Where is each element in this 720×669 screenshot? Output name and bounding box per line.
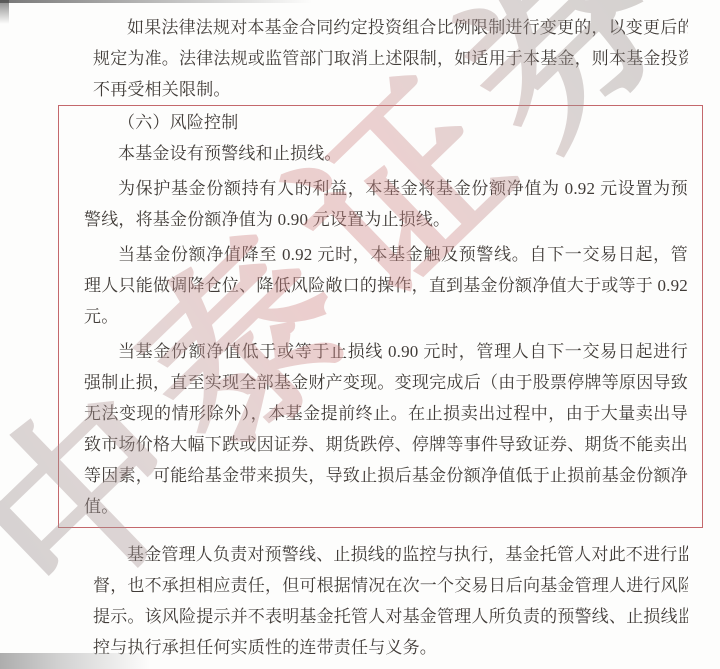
document-page: 如果法律法规对本基金合同约定投资组合比例限制进行变更的，以变更后的 规定为准。法… [0,0,720,669]
text-line: 如果法律法规对本基金合同约定投资组合比例限制进行变更的，以变更后的 [93,12,688,43]
text-line: 等因素，可能给基金带来损失，导致止损后基金份额净值低于止损前基金份额净 [84,460,688,491]
risk-control-heading: （六）风险控制 [84,107,688,138]
text-line: 提示。该风险提示并不表明基金托管人对基金管理人所负责的预警线、止损线监 [93,601,688,632]
text-line: 当基金份额净值降至 0.92 元时，本基金触及预警线。自下一交易日起，管 [84,239,688,270]
paragraph-investment-limit: 如果法律法规对本基金合同约定投资组合比例限制进行变更的，以变更后的 规定为准。法… [93,12,688,105]
document-content: 如果法律法规对本基金合同约定投资组合比例限制进行变更的，以变更后的 规定为准。法… [0,0,720,669]
text-line: 基金管理人负责对预警线、止损线的监控与执行，基金托管人对此不进行监 [93,539,688,570]
scan-artifact-top-left-corner [0,0,9,24]
text-line: 当基金份额净值低于或等于止损线 0.90 元时，管理人自下一交易日起进行 [84,336,688,367]
text-line: 值。 [84,491,688,522]
text-line: 不再受相关限制。 [93,74,688,105]
text-line: 元。 [84,301,688,332]
text-line: 为保护基金份额持有人的利益，本基金将基金份额净值为 0.92 元设置为预 [84,173,688,204]
text-line: 规定为准。法律法规或监管部门取消上述限制，如适用于本基金，则本基金投资 [93,43,688,74]
text-line: 本基金设有预警线和止损线。 [84,138,688,169]
scan-artifact-bottom-left [0,653,150,669]
text-line: 强制止损，直至实现全部基金财产变现。变现完成后（由于股票停牌等原因导致 [84,367,688,398]
text-line: 致市场价格大幅下跌或因证券、期货跌停、停牌等事件导致证券、期货不能卖出 [84,429,688,460]
risk-control-highlight-box: （六）风险控制 本基金设有预警线和止损线。 为保护基金份额持有人的利益，本基金将… [58,105,703,528]
text-line: 理人只能做调降仓位、降低风险敞口的操作，直到基金份额净值大于或等于 0.92 [84,270,688,301]
paragraph-manager-responsibility: 基金管理人负责对预警线、止损线的监控与执行，基金托管人对此不进行监 督，也不承担… [93,539,688,663]
text-line: 警线，将基金份额净值为 0.90 元设置为止损线。 [84,204,688,235]
text-line: 控与执行承担任何实质性的连带责任与义务。 [93,632,688,663]
scan-artifact-top-edge [0,0,312,3]
text-line: 督，也不承担相应责任，但可根据情况在次一个交易日后向基金管理人进行风险 [93,570,688,601]
text-line: 无法变现的情形除外），本基金提前终止。在止损卖出过程中，由于大量卖出导 [84,398,688,429]
